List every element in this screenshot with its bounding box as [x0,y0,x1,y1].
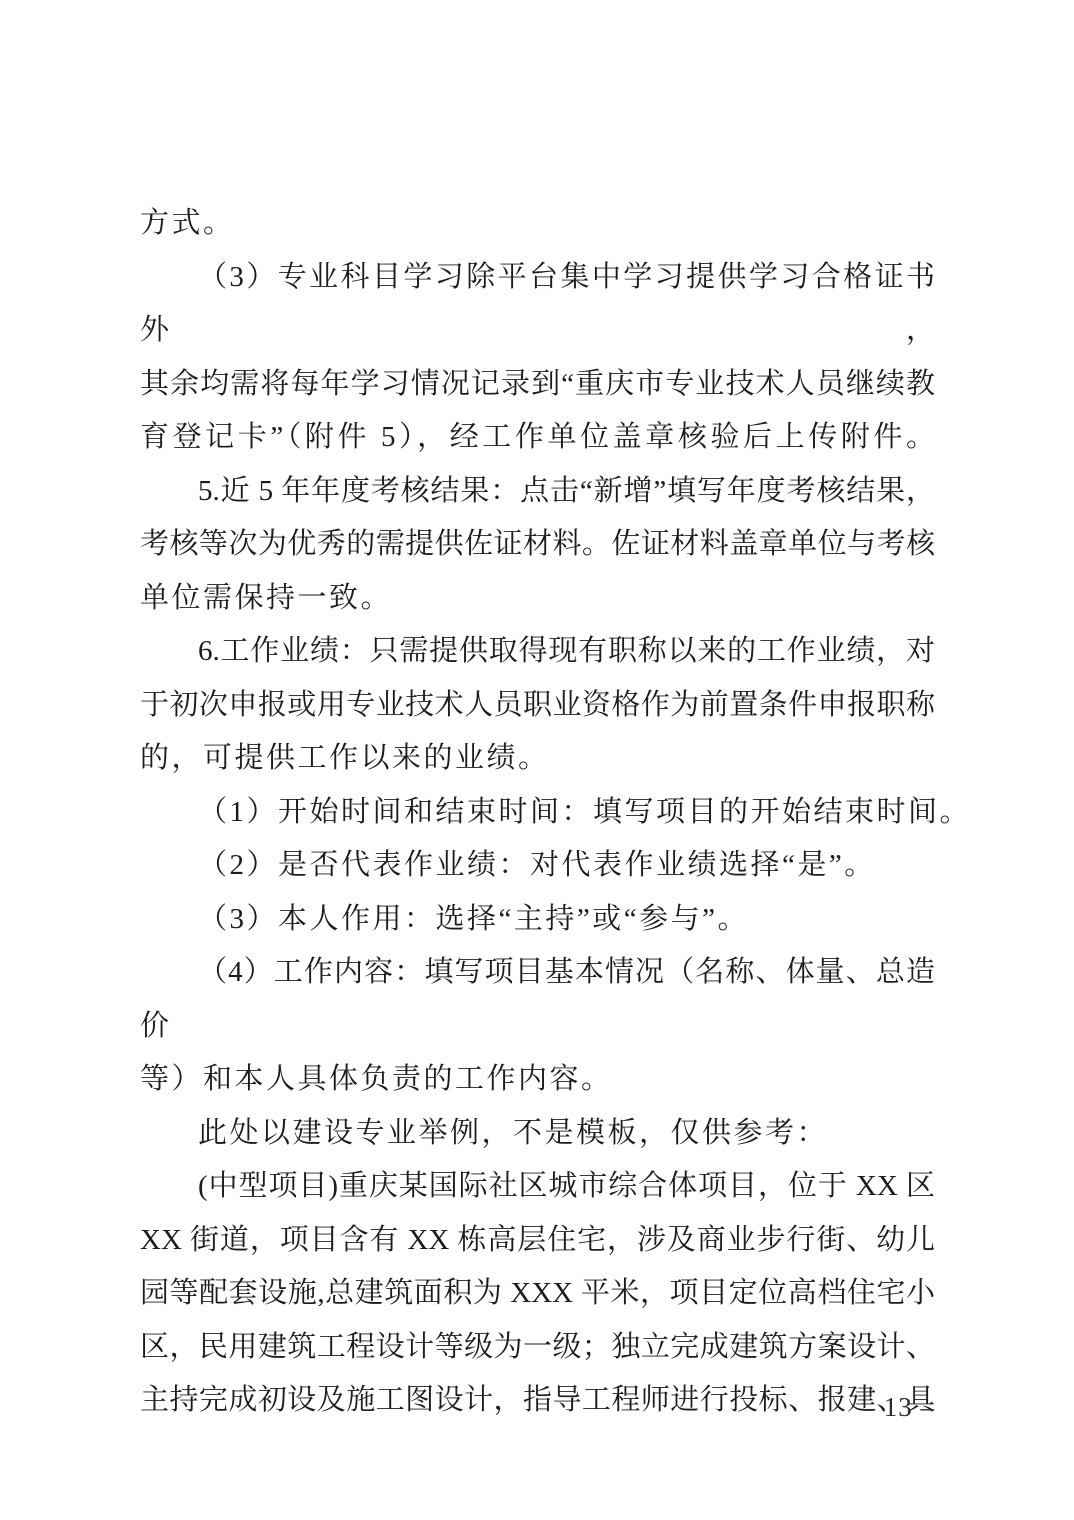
text-line: 5.近 5 年年度考核结果：点击“新增”填写年度考核结果， [140,465,935,519]
text-line: 于初次申报或用专业技术人员职业资格作为前置条件申报职称 [140,679,935,733]
text-line: 方式。 [140,197,935,251]
text-line: 的，可提供工作以来的业绩。 [140,732,935,786]
text-line: 区，民用建筑工程设计等级为一级；独立完成建筑方案设计、 [140,1321,935,1375]
text-line: 考核等次为优秀的需提供佐证材料。佐证材料盖章单位与考核 [140,518,935,572]
text-line: （2）是否代表作业绩：对代表作业绩选择“是”。 [140,839,935,893]
text-line: 育登记卡”（附件 5），经工作单位盖章核验后上传附件。 [140,411,935,465]
text-line: （4）工作内容：填写项目基本情况（名称、体量、总造价 [140,946,935,1053]
text-line: （3）本人作用：选择“主持”或“参与”。 [140,893,935,947]
text-line: 6.工作业绩：只需提供取得现有职称以来的工作业绩，对 [140,625,935,679]
page-number: – 13 – [862,1392,936,1423]
text-line: 等）和本人具体负责的工作内容。 [140,1053,935,1107]
text-line: 其余均需将每年学习情况记录到“重庆市专业技术人员继续教 [140,358,935,412]
text-line: 园等配套设施,总建筑面积为 XXX 平米，项目定位高档住宅小 [140,1267,935,1321]
text-line: 此处以建设专业举例，不是模板，仅供参考： [140,1107,935,1161]
text-line: XX 街道，项目含有 XX 栋高层住宅，涉及商业步行街、幼儿 [140,1214,935,1268]
document-page: 方式。（3）专业科目学习除平台集中学习提供学习合格证书外，其余均需将每年学习情况… [0,0,1074,1520]
text-line: 单位需保持一致。 [140,572,935,626]
text-line: (中型项目)重庆某国际社区城市综合体项目，位于 XX 区 [140,1160,935,1214]
text-line: 主持完成初设及施工图设计，指导工程师进行投标、报建、具 [140,1374,935,1428]
text-line: （1）开始时间和结束时间：填写项目的开始结束时间。 [140,786,935,840]
text-line: （3）专业科目学习除平台集中学习提供学习合格证书外， [140,251,935,358]
document-body: 方式。（3）专业科目学习除平台集中学习提供学习合格证书外，其余均需将每年学习情况… [140,197,935,1428]
